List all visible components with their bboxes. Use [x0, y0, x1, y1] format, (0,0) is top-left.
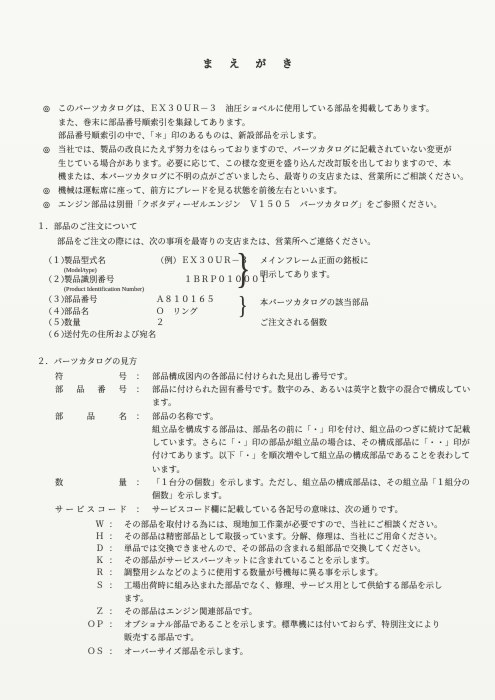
section-heading: ２．パーツカタログの見方: [37, 357, 137, 367]
service-code-line: ます。: [124, 594, 149, 604]
definition-line: 個数」を示します。: [152, 491, 227, 501]
order-item-value: Ｏ リング: [156, 307, 198, 317]
preface-note-line: 機または、本パーツカタログに不明の点がございましたら、最寄りの支店または、営業所…: [58, 172, 469, 182]
preface-note-line: 機械は運転席に座って、前方にブレードを見る状態を前後左右といいます。: [58, 186, 342, 196]
definition-line: 部品構成図内の各部品に付けられた見出し番号です。: [152, 372, 353, 382]
service-code: Ｋ: [72, 556, 104, 566]
service-code-line: その部品を取付ける為には、現地加工作業が必要ですので、当社にご相談ください。: [124, 520, 443, 530]
page-title: まえがき: [0, 60, 495, 70]
service-code: Ｈ: [72, 532, 104, 542]
definition-line: しています。さらに「・」印の部品が組立品の場合は、その構成部品に「・・」印が: [152, 438, 470, 448]
order-item-sublabel: (Product Identification Number): [64, 285, 144, 295]
service-code-line: その部品は精密部品として取扱っています。分解、修理は、当社にご用命ください。: [124, 532, 442, 542]
bullet-icon: ◎: [43, 200, 50, 210]
service-code-line: その部品がサービスパーツキットに含まれていることを示します。: [124, 556, 374, 566]
service-code: Ｓ: [72, 581, 104, 591]
definition-line: 部品に付けられた固有番号です。数字のみ、あるいは英字と数字の混合で構成してい: [152, 385, 471, 395]
definition-term: サービスコード: [55, 505, 127, 515]
order-item-value: （例）ＥＸ３０ＵＲ－３: [156, 256, 248, 266]
section-intro: 部品をご注文の際には、次の事項を最寄りの支店または、営業所へご連絡ください。: [57, 237, 376, 247]
service-code-line: 調整用シムなどのように使用する数量が号機毎に異る事を示します。: [124, 568, 383, 578]
quantity-note: ご注文される個数: [260, 318, 327, 328]
definition-colon: ：: [136, 505, 144, 515]
service-code-colon: ：: [109, 532, 117, 542]
service-code-colon: ：: [109, 544, 117, 554]
definition-term: 部品番号: [55, 385, 127, 395]
bullet-icon: ◎: [43, 186, 50, 196]
scanned-document-page: まえがき ◎ このパーツカタログは、ＥＸ３０ＵＲ－３ 油圧ショベルに使用している…: [0, 0, 495, 700]
service-code-colon: ：: [109, 607, 117, 617]
order-item-value: １ＢＲＰ０１０００１: [184, 275, 268, 285]
service-code-colon: ：: [109, 556, 117, 566]
definition-colon: ：: [136, 372, 144, 382]
definition-colon: ：: [136, 385, 144, 395]
service-code-line: 単品では交換できませんので、その部品の含まれる組部品で交換してください。: [124, 544, 426, 554]
definition-colon: ：: [136, 478, 144, 488]
definition-term: 符号: [55, 372, 127, 382]
service-code-colon: ：: [109, 581, 117, 591]
definition-line: 部品の名称です。: [152, 412, 218, 422]
service-code-colon: ：: [109, 520, 117, 530]
service-code: Ｒ: [72, 568, 104, 578]
preface-note-line: 部品番号順索引の中で、「＊」印のあるものは、新設部品を示します。: [58, 131, 321, 141]
preface-note-line: エンジン部品は別冊「クボタディーゼルエンジン Ｖ１５０５ パーツカタログ」をご参…: [58, 200, 442, 210]
order-item-label: 数量: [64, 318, 81, 328]
preface-note-line: また、巻末に部品番号順索引を集録してあります。: [58, 118, 250, 128]
preface-note-line: 生じている場合があります。必要に応じて、この様な変更を盛り込んだ改訂版を出してお…: [58, 159, 451, 169]
group-brace-icon: }: [238, 294, 248, 319]
service-code-line: オーバーサイズ部品を示します。: [124, 647, 248, 657]
nameplate-note-line: 明示してあります。: [260, 270, 335, 280]
group-brace-icon: }: [236, 249, 251, 291]
section-heading: １．部品のご注文について: [37, 222, 138, 232]
bullet-icon: ◎: [43, 145, 50, 155]
service-code-colon: ：: [109, 647, 117, 657]
definition-line: 付けてあります。以下「・」を順次増やして組立品の構成部品であることを表わして: [152, 451, 470, 461]
service-code: Ｄ: [72, 544, 104, 554]
definition-term: 部品名: [55, 412, 127, 422]
definition-line: ます。: [152, 398, 177, 408]
nameplate-note-line: メインフレーム正面の銘板に: [260, 256, 369, 266]
order-item-value: ２: [156, 318, 164, 328]
order-item-label: 部品名: [64, 307, 89, 317]
preface-note-line: 当社では、製品の改良にたえず努力をはらっておりますので、パーツカタログに記載され…: [58, 145, 452, 155]
definition-colon: ：: [136, 412, 144, 422]
order-item-value: Ａ８１０１６５: [156, 295, 215, 305]
service-code: ＯＰ: [72, 620, 104, 630]
service-code: Ｗ: [72, 520, 104, 530]
service-code: ＯＳ: [72, 647, 104, 657]
definition-line: 組立品を構成する部品は、部品名の前に「・」印を付け、組立品のつぎに続けて記載: [152, 425, 470, 435]
order-item-label: 送付先の住所および宛名: [64, 330, 156, 340]
order-item-label: 製品型式名: [64, 256, 106, 266]
service-code-colon: ：: [109, 620, 117, 630]
definition-line: サービスコード欄に記載している各記号の意味は、次の通りです。: [152, 505, 403, 515]
definition-term: 数量: [55, 478, 127, 488]
catalog-note: 本パーツカタログの該当部品: [260, 298, 369, 308]
order-item-label: 部品番号: [64, 295, 98, 305]
service-code-line: その部品はエンジン関連部品です。: [124, 607, 257, 617]
service-code-line: 販売する部品です。: [124, 633, 199, 643]
service-code: Ｚ: [72, 607, 104, 617]
service-code-colon: ：: [109, 568, 117, 578]
order-item-label: 製品識別番号: [64, 275, 114, 285]
definition-line: 「１台分の個数」を示します。ただし、組立品の構成部品は、その組立品「１組分の: [152, 478, 470, 488]
definition-line: います。: [152, 465, 185, 475]
bullet-icon: ◎: [43, 104, 50, 114]
preface-note-line: このパーツカタログは、ＥＸ３０ＵＲ－３ 油圧ショベルに使用している部品を掲載して…: [58, 104, 434, 114]
service-code-line: 工場出荷時に組み込まれた部品でなく、修理、サービス用として供給する部品を示し: [124, 581, 443, 591]
service-code-line: オプショナル部品であることを示します。標準機には付いておらず、特別注文により: [124, 620, 440, 630]
